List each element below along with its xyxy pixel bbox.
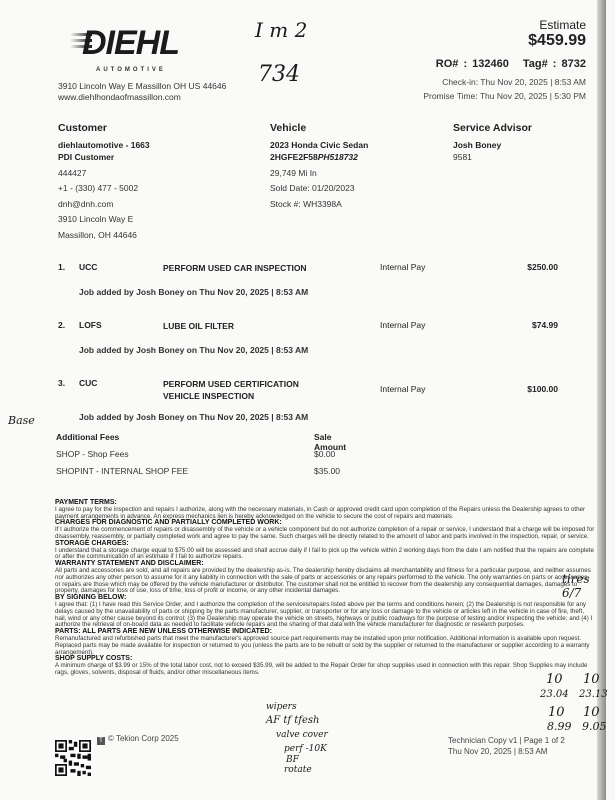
handwritten-list: wipers AF tf tfesh valve cover perf -10K… [266, 700, 328, 775]
advisor-heading: Service Advisor [453, 122, 532, 135]
promise-time: Promise Time: Thu Nov 20, 2025 | 5:30 PM [423, 89, 586, 103]
fees-heading: Additional Fees [56, 432, 119, 442]
vin-suffix: PH518732 [318, 152, 358, 162]
job-pay-type: Internal Pay [380, 320, 425, 330]
job-description: LUBE OIL FILTER [163, 320, 333, 332]
fee-label: SHOPINT - INTERNAL SHOP FEE [56, 466, 188, 476]
vehicle-heading: Vehicle [270, 122, 368, 135]
terms-text: A minimum charge of $3.99 or 15% of the … [55, 663, 595, 677]
job-amount: $250.00 [478, 262, 558, 272]
customer-phone: +1 - (330) 477 - 5002 [58, 182, 150, 195]
logo-subtext: AUTOMOTIVE [96, 67, 166, 73]
job-amount: $100.00 [478, 384, 558, 394]
terms-text: If I authorize the commencement of repai… [55, 527, 595, 541]
job-number: 1. [58, 262, 65, 272]
dealer-address-block: 3910 Lincoln Way E Massillon OH US 44646… [58, 81, 226, 103]
customer-heading: Customer [58, 122, 150, 135]
timing-block: Check-in: Thu Nov 20, 2025 | 8:53 AM Pro… [423, 75, 586, 103]
handwritten-item: rotate [284, 765, 328, 775]
vehicle-sold-date: Sold Date: 01/20/2023 [270, 182, 368, 195]
terms-text: All parts and accessories are sold, and … [55, 568, 595, 595]
estimate-amount: $459.99 [528, 32, 586, 50]
vehicle-mileage: 29,749 Mi In [270, 167, 368, 180]
handwritten-note: 734 [258, 62, 300, 87]
vehicle-section: Vehicle 2023 Honda Civic Sedan 2HGFE2F58… [270, 122, 368, 210]
terms-text: Remanufactured and refurbished parts tha… [55, 636, 595, 656]
advisor-name: Josh Boney [453, 139, 532, 152]
additional-fees-table: Additional Fees Sale Amount SHOP - Shop … [56, 432, 356, 483]
customer-type: PDI Customer [58, 151, 150, 164]
job-description: PERFORM USED CAR INSPECTION [163, 262, 333, 274]
customer-section: Customer diehlautomotive - 1663 PDI Cust… [58, 122, 150, 241]
job-code: LOFS [79, 320, 102, 330]
copy-info-block: Technician Copy v1 | Page 1 of 2 Thu Nov… [448, 735, 565, 757]
customer-street: 3910 Lincoln Way E [58, 213, 150, 226]
customer-city: Massillon, OH 44646 [58, 229, 150, 242]
job-added-by: Job added by Josh Boney on Thu Nov 20, 2… [79, 345, 308, 355]
terms-and-conditions: PAYMENT TERMS: I agree to pay for the in… [55, 500, 595, 677]
copy-info: Technician Copy v1 | Page 1 of 2 [448, 735, 565, 746]
advisor-section: Service Advisor Josh Boney 9581 [453, 122, 532, 164]
handwritten-item: perf -10K [284, 742, 328, 756]
handwritten-note: tires 6/7 [562, 572, 606, 600]
handwritten-value: 23.04 [540, 689, 569, 700]
handwritten-item: valve cover [276, 728, 328, 742]
job-code: CUC [79, 378, 97, 388]
fee-row: SHOPINT - INTERNAL SHOP FEE $35.00 [56, 466, 356, 483]
fee-amount: $0.00 [314, 449, 335, 459]
handwritten-value: 9.05 [582, 720, 607, 733]
qr-code-icon[interactable] [55, 740, 91, 776]
tekion-logo-icon: T [97, 737, 105, 745]
fee-label: SHOP - Shop Fees [56, 449, 129, 459]
dealer-website[interactable]: www.diehlhondaofmassillon.com [58, 92, 226, 103]
vehicle-model: 2023 Honda Civic Sedan [270, 139, 368, 152]
ro-number: RO# : 132460 [436, 58, 509, 70]
job-added-by: Job added by Josh Boney on Thu Nov 20, 2… [79, 412, 308, 422]
handwritten-note: Base [8, 414, 35, 427]
job-description: PERFORM USED CERTIFICATION VEHICLE INSPE… [163, 378, 333, 402]
job-code: UCC [79, 262, 97, 272]
job-number: 2. [58, 320, 65, 330]
customer-id: 444427 [58, 167, 150, 180]
vin-prefix: 2HGFE2F58 [270, 152, 318, 162]
logo-wordmark: DIEHL [82, 25, 179, 61]
handwritten-note: I m 2 [255, 18, 307, 42]
handwritten-value: 10 [583, 705, 600, 720]
handwritten-item: AF tf tfesh [266, 714, 328, 728]
job-pay-type: Internal Pay [380, 262, 425, 272]
dealer-address: 3910 Lincoln Way E Massillon OH US 44646 [58, 81, 226, 92]
estimate-document: DIEHL AUTOMOTIVE 3910 Lincoln Way E Mass… [0, 0, 606, 800]
fee-amount: $35.00 [314, 466, 340, 476]
customer-name: diehlautomotive - 1663 [58, 139, 150, 152]
vehicle-stock: Stock #: WH3398A [270, 198, 368, 211]
handwritten-value: 10 [583, 672, 600, 687]
handwritten-value: 10 [546, 672, 563, 687]
estimate-label: Estimate [539, 18, 586, 32]
terms-text: I agree to pay for the inspection and re… [55, 507, 595, 521]
handwritten-value: 23.13 [579, 689, 608, 700]
handwritten-value: 8.99 [547, 720, 572, 733]
job-number: 3. [58, 378, 65, 388]
handwritten-item: BF [286, 756, 328, 765]
fees-header-row: Additional Fees Sale Amount [56, 432, 356, 449]
job-pay-type: Internal Pay [380, 384, 425, 394]
printed-time: Thu Nov 20, 2025 | 8:53 AM [448, 746, 565, 757]
vehicle-vin: 2HGFE2F58PH518732 [270, 151, 368, 164]
ro-tag-line: RO# : 132460Tag# : 8732 [436, 58, 586, 70]
terms-text: I agree that: (1) I have read this Servi… [55, 602, 595, 629]
customer-email: dnh@dnh.com [58, 198, 150, 211]
copyright-text: © Tekion Corp 2025 [108, 734, 179, 743]
checkin-time: Check-in: Thu Nov 20, 2025 | 8:53 AM [423, 75, 586, 89]
job-amount: $74.99 [478, 320, 558, 330]
handwritten-item: wipers [266, 700, 328, 714]
job-added-by: Job added by Josh Boney on Thu Nov 20, 2… [79, 287, 308, 297]
tekion-copyright: T© Tekion Corp 2025 [97, 734, 179, 745]
dealer-logo: DIEHL AUTOMOTIVE [70, 25, 190, 69]
fee-row: SHOP - Shop Fees $0.00 [56, 449, 356, 466]
terms-text: I understand that a storage charge equal… [55, 548, 595, 562]
advisor-id: 9581 [453, 151, 532, 164]
tag-number: Tag# : 8732 [523, 58, 586, 70]
handwritten-value: 10 [548, 705, 565, 720]
